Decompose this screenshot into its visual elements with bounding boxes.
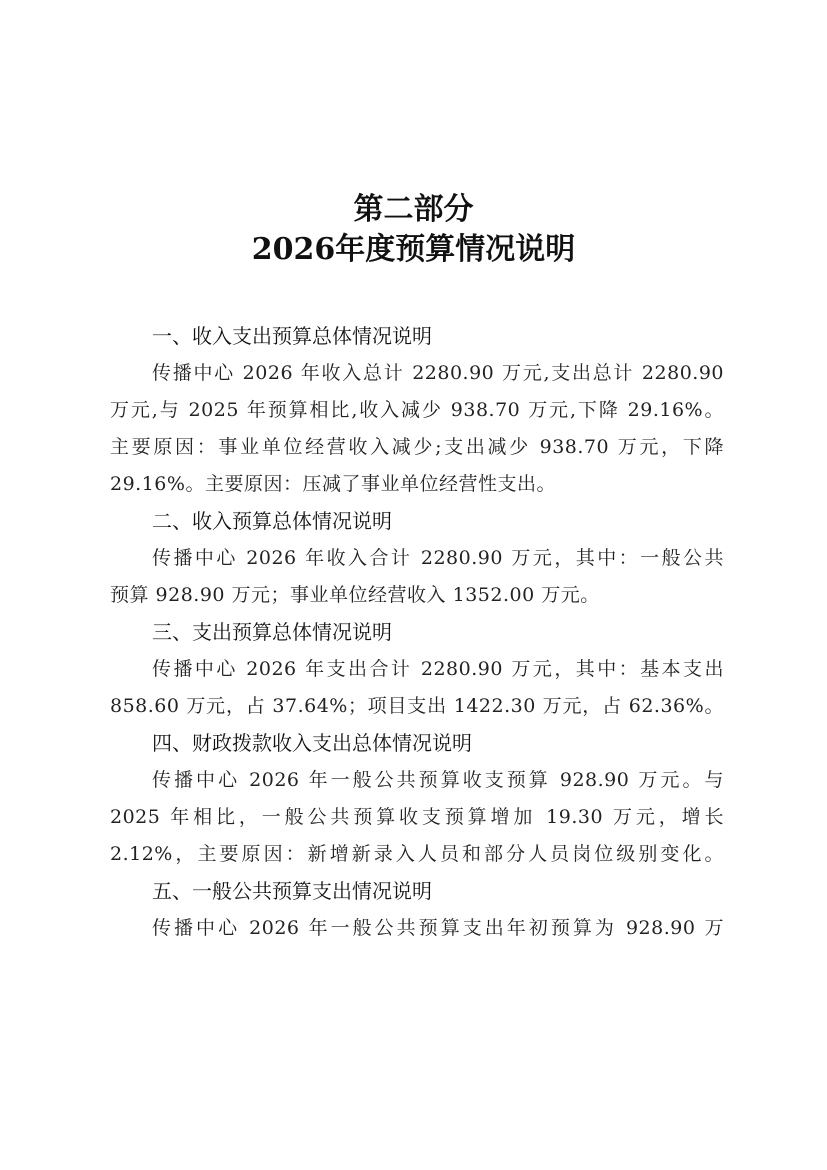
paragraph-line: 传播中心 2026 年收入总计 2280.90 万元,支出总计 2280.90 xyxy=(110,355,724,392)
section-expense-budget-overview: 三、支出预算总体情况说明 传播中心 2026 年支出合计 2280.90 万元，… xyxy=(110,614,724,725)
section-heading: 二、收入预算总体情况说明 xyxy=(110,503,724,540)
paragraph-line: 传播中心 2026 年支出合计 2280.90 万元，其中：基本支出 xyxy=(110,651,724,688)
document-body: 一、收入支出预算总体情况说明 传播中心 2026 年收入总计 2280.90 万… xyxy=(110,318,724,947)
paragraph-line: 传播中心 2026 年收入合计 2280.90 万元，其中：一般公共 xyxy=(110,540,724,577)
paragraph-line: 万元,与 2025 年预算相比,收入减少 938.70 万元,下降 29.16%… xyxy=(110,392,724,429)
paragraph-line: 预算 928.90 万元；事业单位经营收入 1352.00 万元。 xyxy=(110,577,724,614)
paragraph-line: 2025 年相比，一般公共预算收支预算增加 19.30 万元，增长 xyxy=(110,799,724,836)
paragraph-line: 2.12%，主要原因：新增新录入人员和部分人员岗位级别变化。 xyxy=(110,836,724,873)
section-income-budget-overview: 二、收入预算总体情况说明 传播中心 2026 年收入合计 2280.90 万元，… xyxy=(110,503,724,614)
part-title: 第二部分 xyxy=(0,190,827,230)
section-heading: 三、支出预算总体情况说明 xyxy=(110,614,724,651)
page-title: 2026年度预算情况说明 xyxy=(0,230,827,270)
paragraph-line: 传播中心 2026 年一般公共预算收支预算 928.90 万元。与 xyxy=(110,762,724,799)
paragraph-line: 858.60 万元，占 37.64%；项目支出 1422.30 万元，占 62.… xyxy=(110,688,724,725)
paragraph-line: 传播中心 2026 年一般公共预算支出年初预算为 928.90 万 xyxy=(110,910,724,947)
section-heading: 五、一般公共预算支出情况说明 xyxy=(110,873,724,910)
section-general-public-budget-expense: 五、一般公共预算支出情况说明 传播中心 2026 年一般公共预算支出年初预算为 … xyxy=(110,873,724,947)
section-heading: 四、财政拨款收入支出总体情况说明 xyxy=(110,725,724,762)
paragraph-line: 29.16%。主要原因：压减了事业单位经营性支出。 xyxy=(110,466,724,503)
paragraph-line: 主要原因：事业单位经营收入减少;支出减少 938.70 万元，下降 xyxy=(110,429,724,466)
document-page: 第二部分 2026年度预算情况说明 一、收入支出预算总体情况说明 传播中心 20… xyxy=(0,0,827,1170)
section-fiscal-appropriation-overview: 四、财政拨款收入支出总体情况说明 传播中心 2026 年一般公共预算收支预算 9… xyxy=(110,725,724,873)
section-income-expense-overview: 一、收入支出预算总体情况说明 传播中心 2026 年收入总计 2280.90 万… xyxy=(110,318,724,503)
section-heading: 一、收入支出预算总体情况说明 xyxy=(110,318,724,355)
